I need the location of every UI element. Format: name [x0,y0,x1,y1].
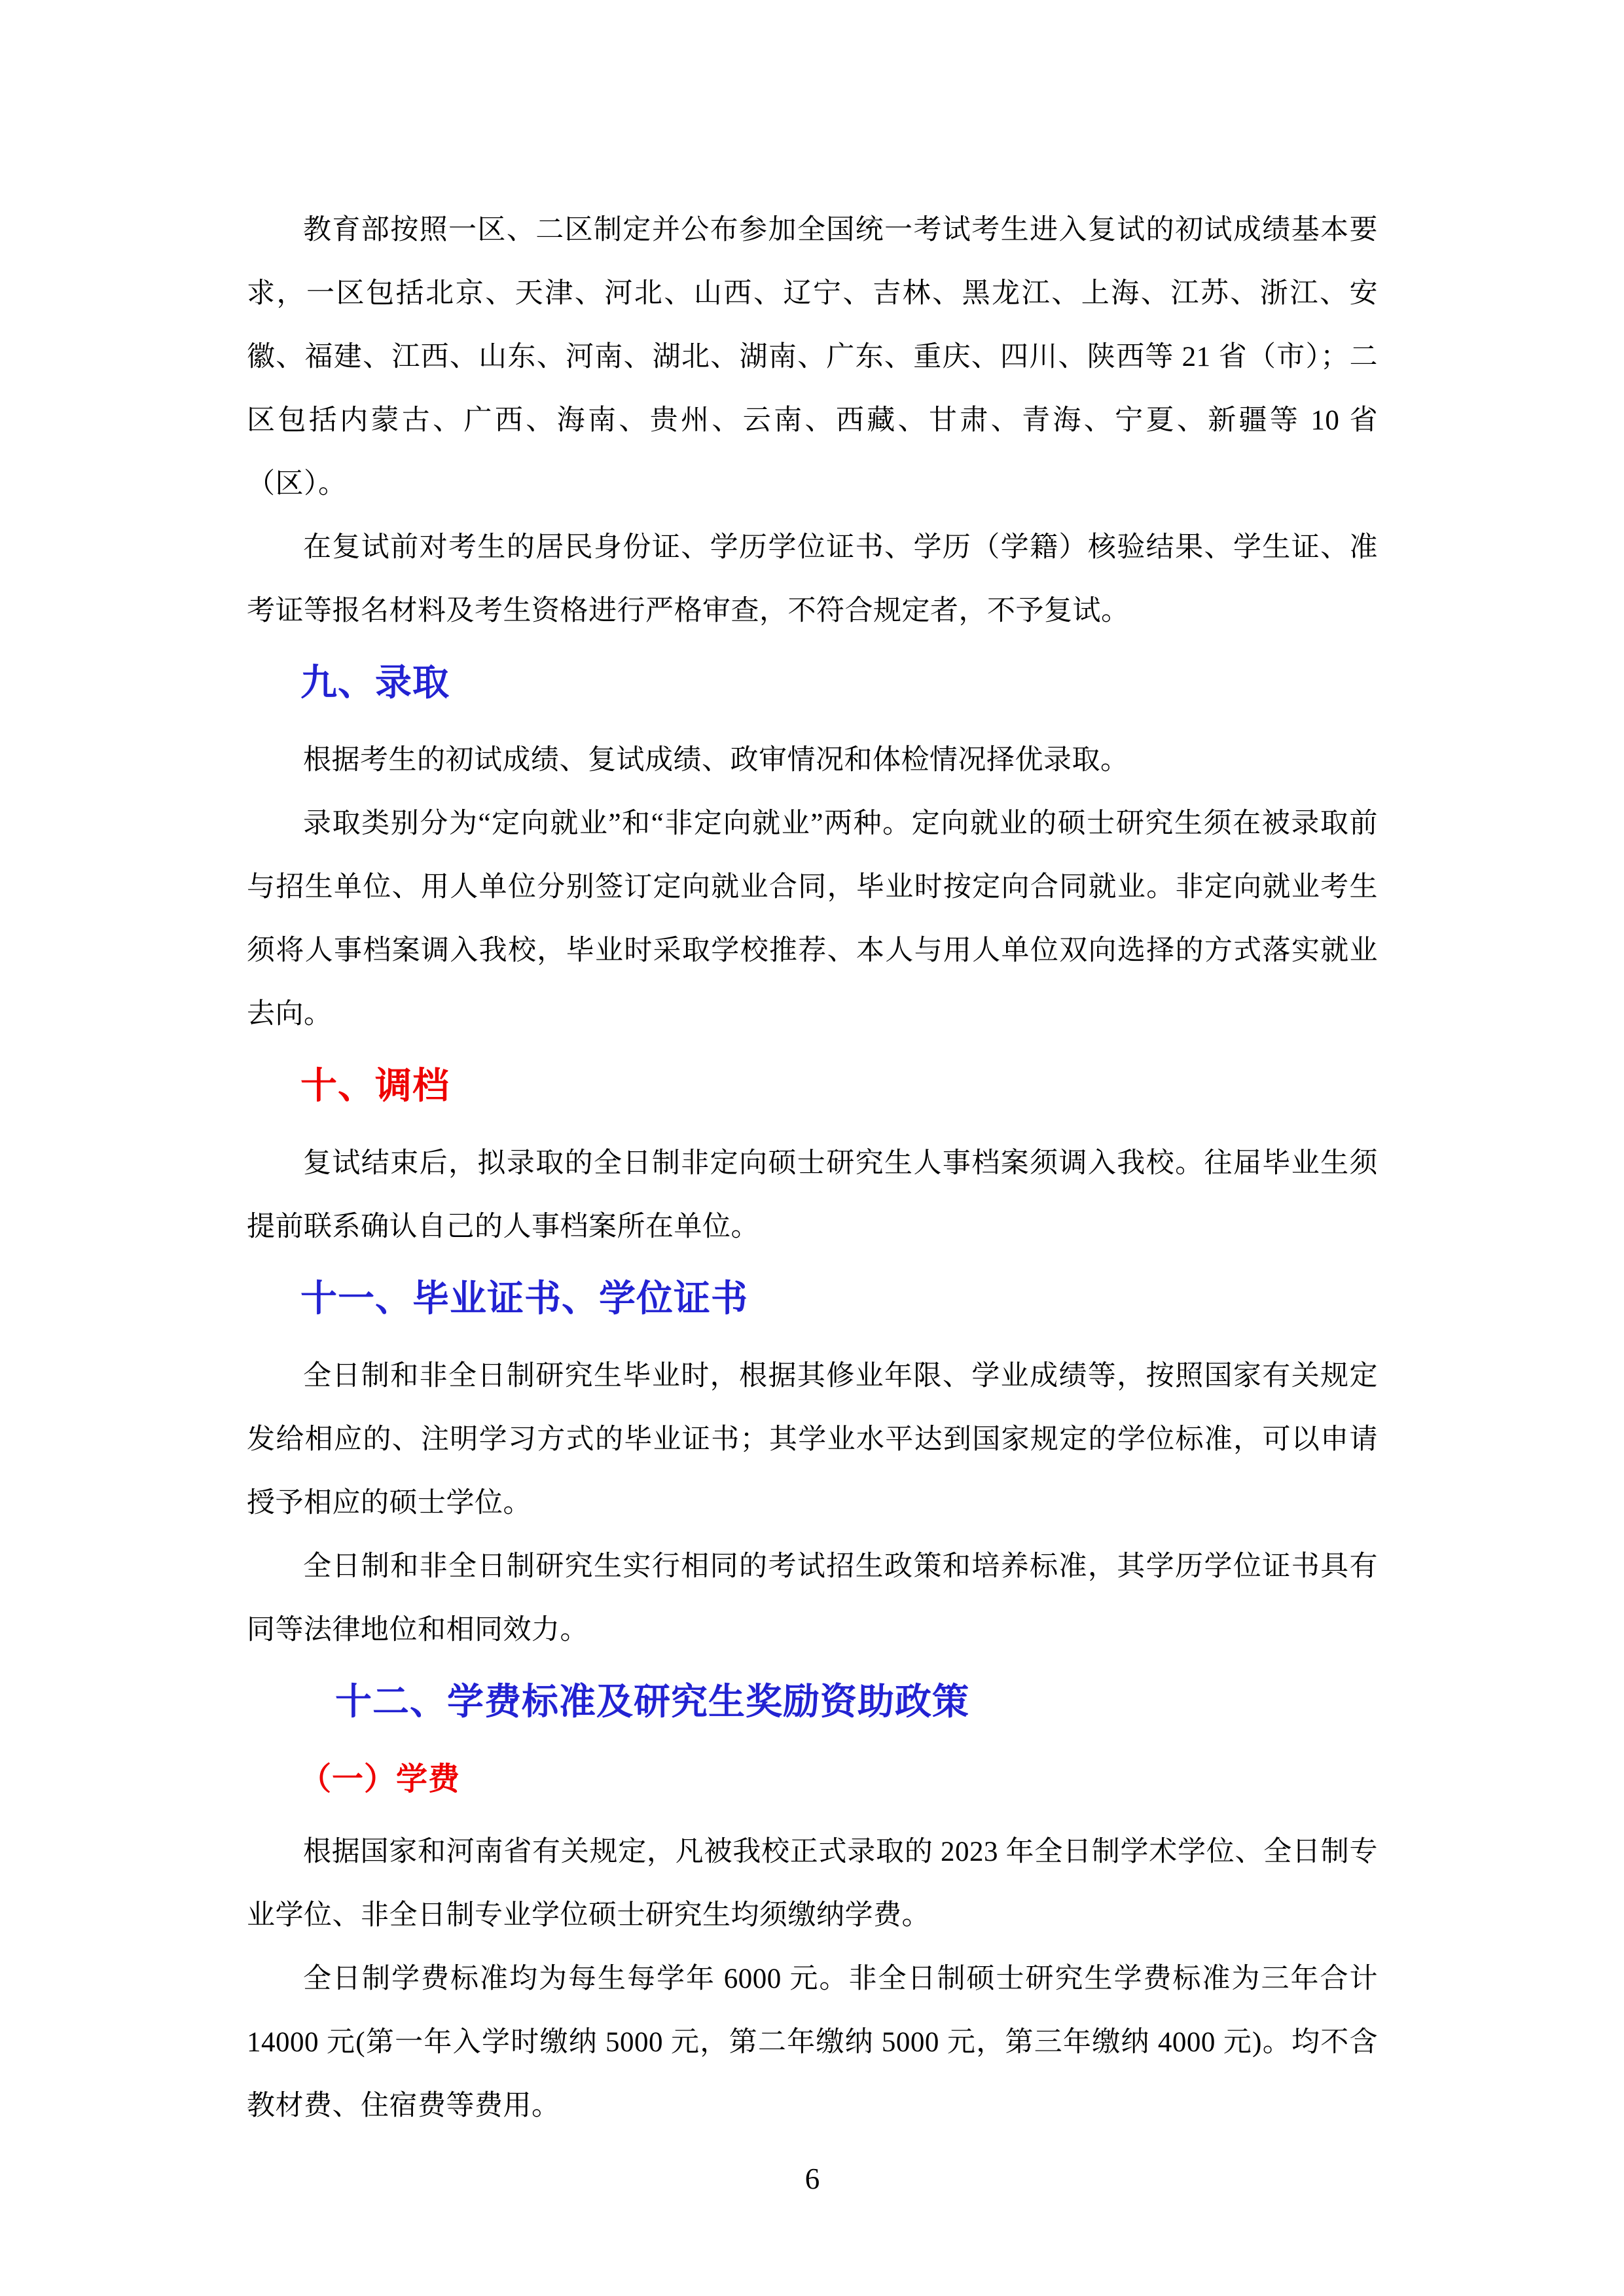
paragraph-equal-validity: 全日制和非全日制研究生实行相同的考试招生政策和培养标准，其学历学位证书具有同等法… [247,1535,1378,1662]
page-number: 6 [247,2147,1378,2211]
document-body: 教育部按照一区、二区制定并公布参加全国统一考试考生进入复试的初试成绩基本要求，一… [247,0,1378,2211]
document-page: { "document": { "colors": { "heading_blu… [0,0,1624,2296]
section-heading-archive-transfer: 十、调档 [247,1054,1378,1117]
paragraph-region-requirements: 教育部按照一区、二区制定并公布参加全国统一考试考生进入复试的初试成绩基本要求，一… [247,198,1378,516]
paragraph-admission-categories: 录取类别分为“定向就业”和“非定向就业”两种。定向就业的硕士研究生须在被录取前与… [247,792,1378,1046]
paragraph-admission-criteria: 根据考生的初试成绩、复试成绩、政审情况和体检情况择优录取。 [247,728,1378,792]
paragraph-tuition-requirement: 根据国家和河南省有关规定，凡被我校正式录取的 2023 年全日制学术学位、全日制… [247,1820,1378,1947]
subsection-heading-tuition: （一）学费 [247,1748,1378,1811]
section-heading-admission: 九、录取 [247,651,1378,714]
paragraph-tuition-amounts: 全日制学费标准均为每生每学年 6000 元。非全日制硕士研究生学费标准为三年合计… [247,1947,1378,2138]
paragraph-certificates-issuance: 全日制和非全日制研究生毕业时，根据其修业年限、学业成绩等，按照国家有关规定发给相… [247,1344,1378,1535]
section-heading-tuition-policy: 十二、学费标准及研究生奖励资助政策 [247,1670,1378,1733]
paragraph-archive-transfer: 复试结束后，拟录取的全日制非定向硕士研究生人事档案须调入我校。往届毕业生须提前联… [247,1132,1378,1259]
paragraph-materials-review: 在复试前对考生的居民身份证、学历学位证书、学历（学籍）核验结果、学生证、准考证等… [247,516,1378,643]
section-heading-certificates: 十一、毕业证书、学位证书 [247,1266,1378,1330]
